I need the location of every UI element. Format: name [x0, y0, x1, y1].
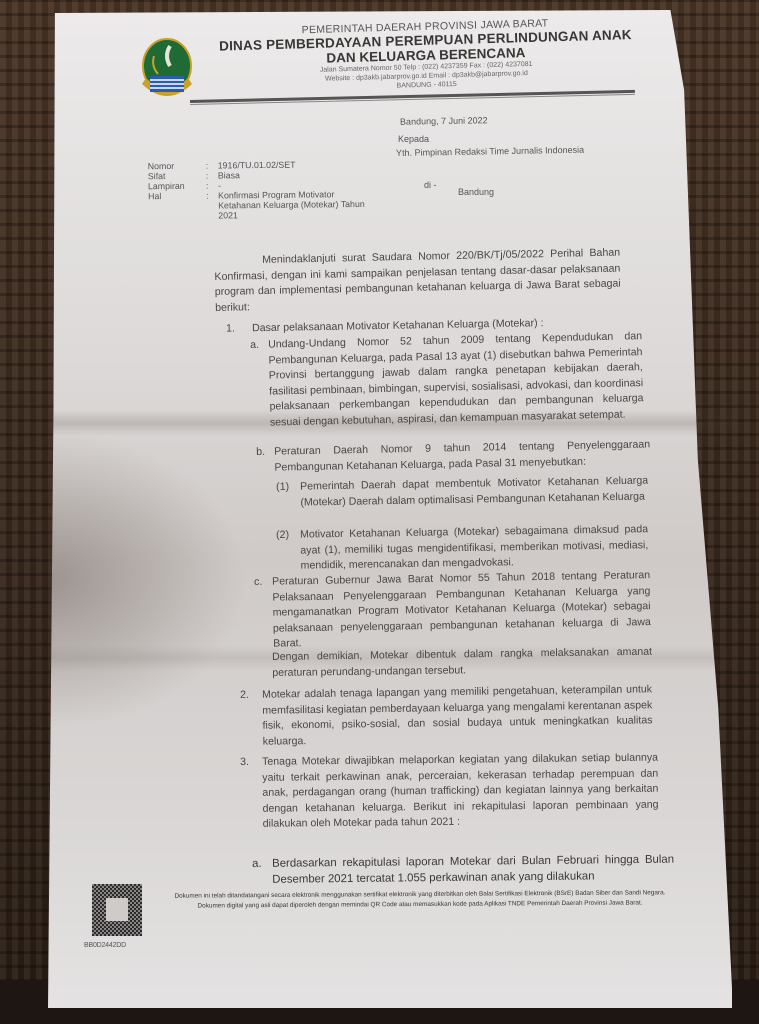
item-1c: c. Peraturan Gubernur Jawa Barat Nomor 5…: [254, 568, 651, 652]
qr-code-id: BB0D2442DD: [84, 942, 126, 949]
intro-paragraph: Menindaklanjuti surat Saudara Nomor 220/…: [214, 245, 621, 315]
item-1b-1: (1) Pemerintah Daerah dapat membentuk Mo…: [276, 474, 648, 511]
item-3: 3. Tenaga Motekar diwajibkan melaporkan …: [240, 751, 659, 833]
item-1-conclusion: Dengan demikian, Motekar dibentuk dalam …: [272, 645, 652, 681]
item-1a: a. Undang-Undang Nomor 52 tahun 2009 ten…: [250, 329, 644, 431]
electronic-signature-note: Dokumen ini telah ditandatangani secara …: [160, 888, 680, 912]
meta-row-hal: Hal : Konfirmasi Program Motivator Ketah…: [148, 189, 378, 221]
letter-meta: Nomor : 1916/TU.01.02/SET Sifat : Biasa …: [148, 159, 379, 221]
recipient-label: Kepada: [398, 134, 429, 144]
recipient-city: Bandung: [458, 187, 494, 197]
paper-shadow: [48, 430, 248, 730]
qr-code-center: [106, 898, 128, 921]
recipient-di: di -: [424, 180, 437, 190]
qr-code-icon: [92, 884, 142, 936]
item-3a: a. Berdasarkan rekapitulasi laporan Mote…: [252, 853, 674, 888]
letter-date: Bandung, 7 Juni 2022: [400, 115, 488, 127]
letterhead: PEMERINTAH DAERAH PROVINSI JAWA BARAT DI…: [205, 15, 647, 96]
west-java-emblem-icon: [136, 36, 198, 104]
item-1b-2: (2) Motivator Ketahanan Keluarga (Moteka…: [276, 522, 649, 574]
item-2: 2. Motekar adalah tenaga lapangan yang m…: [240, 682, 653, 750]
